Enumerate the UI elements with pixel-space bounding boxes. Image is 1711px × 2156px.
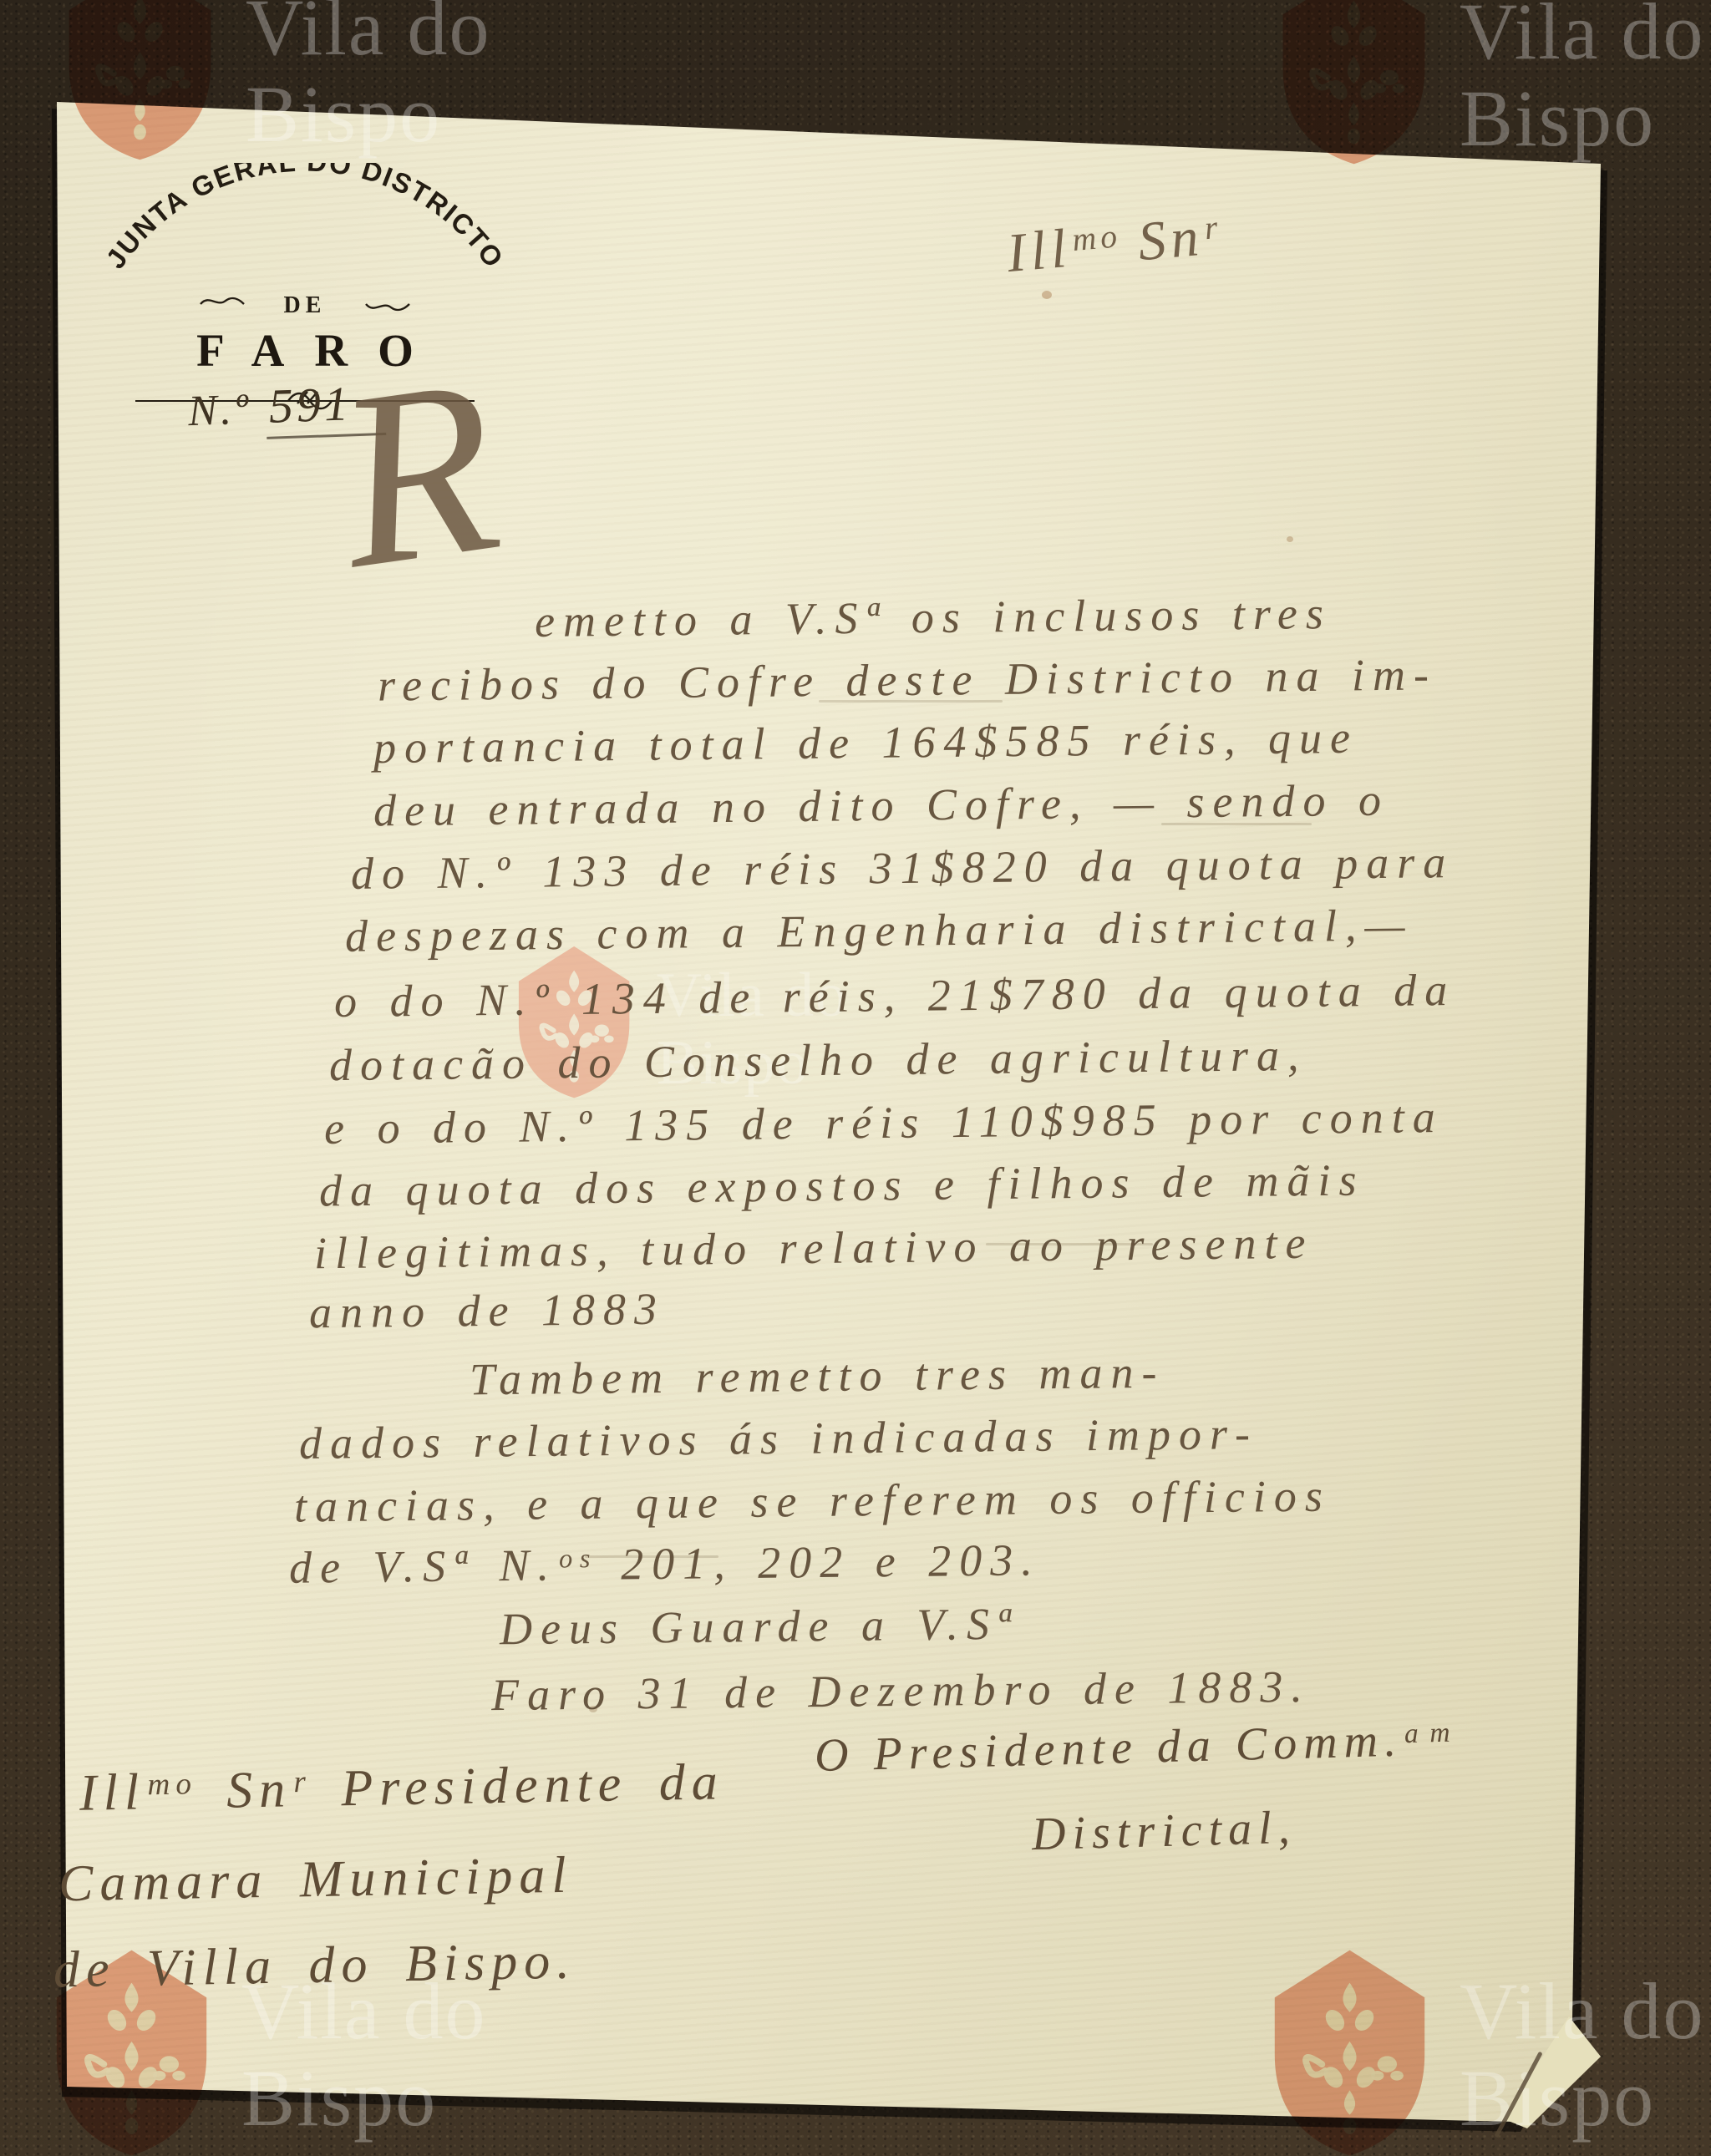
- body-line: de V.Sª N.ᵒˢ 201, 202 e 203.: [289, 1534, 1041, 1593]
- addressee-line: Illᵐᵒ Snʳ Presidente da: [79, 1753, 724, 1823]
- ink-stain: [1287, 536, 1293, 542]
- body-line: dados relativos ás indicadas impor-: [299, 1408, 1258, 1469]
- letterhead-de-row: DE: [109, 287, 501, 322]
- body-line: anno de 1883: [309, 1283, 666, 1338]
- body-line: dotacão do Conselho de agricultura,: [329, 1029, 1307, 1091]
- body-line: portancia total de 164$585 réis, que: [373, 712, 1359, 774]
- letterhead-arc: JUNTA GERAL DO DISTRICTO: [109, 163, 501, 290]
- document-number-label: N.º: [187, 385, 252, 435]
- svg-text:JUNTA GERAL DO DISTRICTO: JUNTA GERAL DO DISTRICTO: [109, 163, 501, 274]
- body-line: da quota dos expostos e filhos de mãis: [319, 1154, 1365, 1216]
- archival-letter-scan: Vila do Bispo Vila do Bispo: [0, 0, 1711, 2156]
- body-line: deu entrada no dito Cofre, — sendo o: [373, 774, 1390, 837]
- letterhead-arc-text: JUNTA GERAL DO DISTRICTO: [109, 163, 501, 274]
- body-line: emetto a V.Sª os inclusos tres: [535, 587, 1332, 647]
- drop-cap: R: [327, 363, 507, 582]
- closing-line: Deus Guarde a V.Sª: [500, 1598, 1019, 1655]
- body-line: illegitimas, tudo relativo ao presente: [314, 1217, 1314, 1280]
- body-line: Tambem remetto tres man-: [470, 1347, 1165, 1406]
- flourish-right-icon: [366, 304, 409, 310]
- letterhead-de: DE: [284, 292, 327, 318]
- body-line: tancias, e a que se referem os officios: [294, 1470, 1331, 1533]
- flourish-left-icon: [201, 298, 244, 304]
- addressee-line: de Villa do Bispo.: [53, 1932, 576, 2001]
- body-line: recibos do Cofre deste Districto na im-: [378, 648, 1437, 711]
- date-line: Faro 31 de Dezembro de 1883.: [491, 1661, 1311, 1721]
- addressee-line: Camara Municipal: [58, 1846, 573, 1915]
- signature-title-line2: Districtal,: [1031, 1801, 1297, 1861]
- ink-stain: [1042, 291, 1052, 299]
